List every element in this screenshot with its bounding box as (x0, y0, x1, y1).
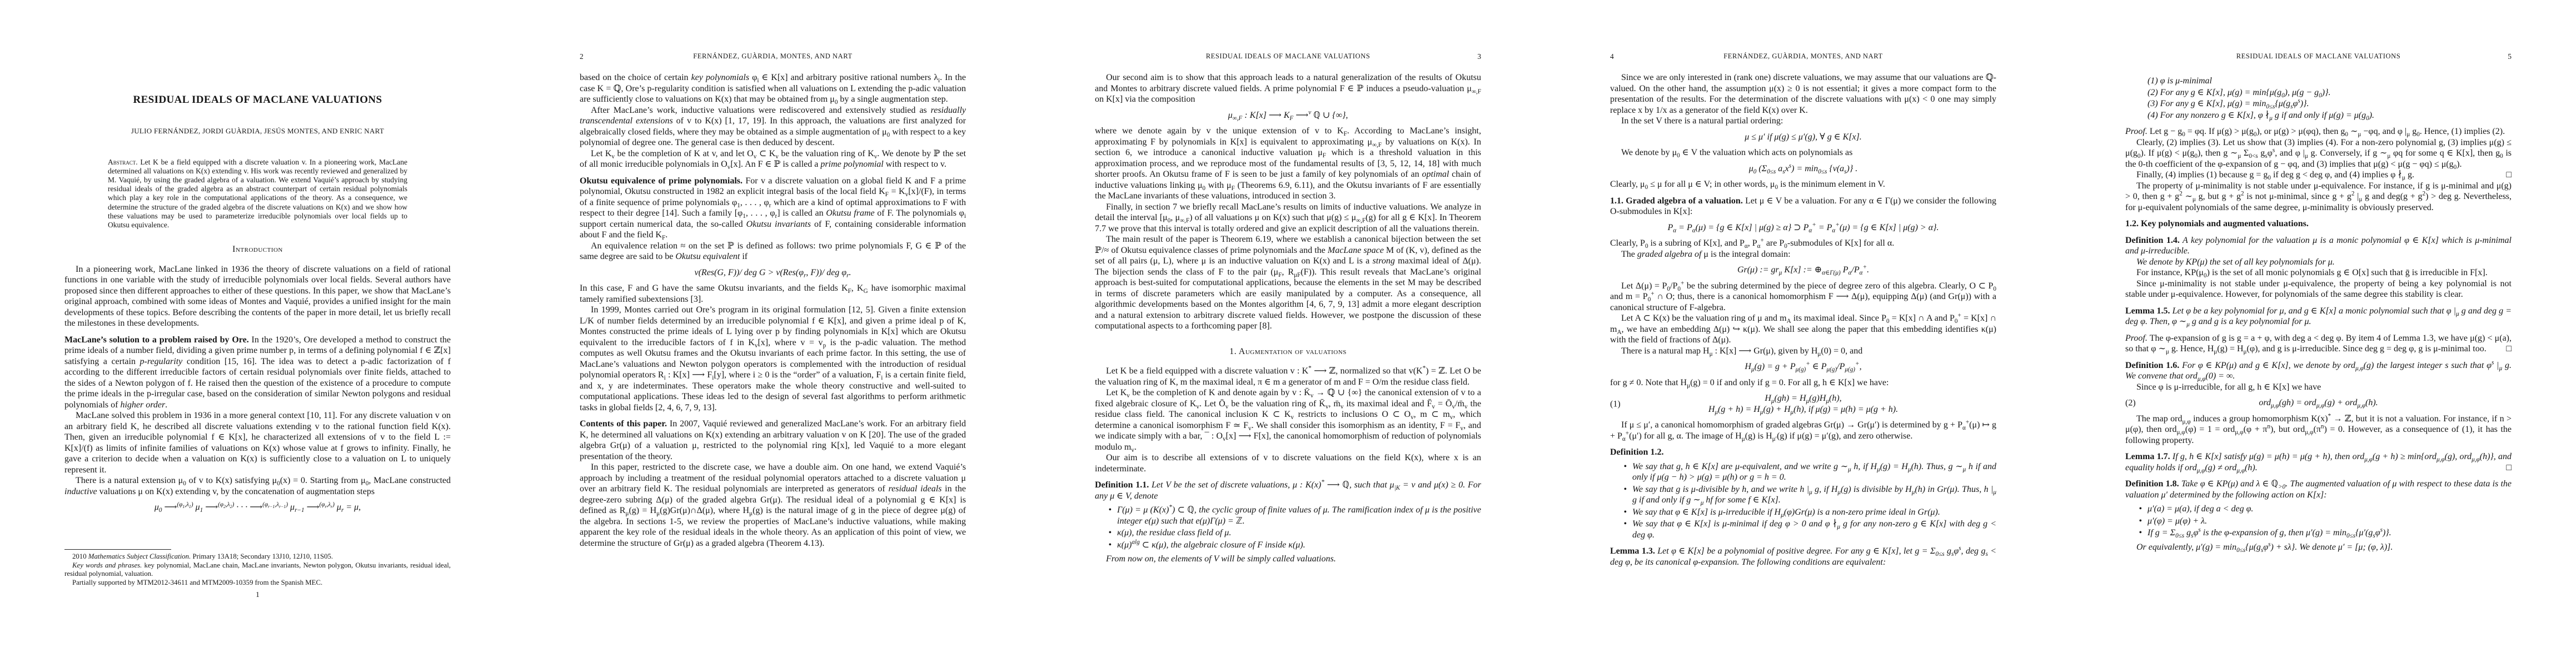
paragraph: Our aim is to describe all extensions of… (1095, 452, 1481, 474)
running-head-page-number-left: 4 (1610, 52, 1614, 61)
abstract-label: Abstract. (108, 158, 138, 166)
equation-line: μ0 ⟶(φ1,λ1) μ1 ⟶(φ2,λ2) · · · ⟶(φr−1,λr−… (64, 502, 451, 513)
bullet-item: •κ(μ)alg ⊂ κ(μ), the algebraic closure o… (1095, 540, 1481, 551)
bullet-item: •μ′(a) = μ(a), if deg a < deg φ. (2125, 504, 2512, 515)
paragraph: Since φ is μ-irreducible, for all g, h ∈… (2125, 382, 2512, 393)
paragraph: Proof. Let g − g0 = φq. If μ(g) > μ(g0),… (2125, 126, 2512, 137)
paragraph-lead: Okutsu equivalence of prime polynomials. (580, 176, 743, 186)
paragraph: where we denote again by v the unique ex… (1095, 126, 1481, 202)
bullet-marker: • (1610, 461, 1632, 483)
bullet-marker: • (1095, 527, 1117, 539)
bullet-text: μ′(a) = μ(a), if deg a < deg φ. (2148, 504, 2512, 515)
bullet-list: •Γ(μ) = μ (K(x)*) ⊂ ℚ, the cyclic group … (1095, 505, 1481, 550)
bullet-item: •We say that g, h ∈ K[x] are μ-equivalen… (1610, 461, 1996, 483)
page-2: 2FERNÁNDEZ, GUÀRDIA, MONTES, AND NARTbas… (515, 0, 1030, 667)
paragraph: If μ ≤ μ′, a canonical homomorphism of g… (1610, 420, 1996, 441)
paragraph: The graded algebra of μ is the integral … (1610, 249, 1996, 260)
qed-symbol: □ (2495, 170, 2512, 181)
paragraph: Since we are only interested in (rank on… (1610, 72, 1996, 116)
display-equation: v(Res(G, F))/ deg G > v(Res(φr, F))/ deg… (580, 267, 966, 278)
paragraph: Our second aim is to show that this appr… (1095, 72, 1481, 105)
display-equation: Gr(μ) := grμ K[x] := ⊕α∈Γ(μ) Pα/Pα+. (1610, 265, 1996, 276)
paragraph: MacLane’s solution to a problem raised b… (64, 335, 451, 411)
paragraph: There is a natural extension μ0 of v to … (64, 475, 451, 497)
running-head: RESIDUAL IDEALS OF MACLANE VALUATIONS3 (1095, 52, 1481, 62)
display-equation: μ ≤ μ′ if μ(g) ≤ μ′(g), ∀ g ∈ K[x]. (1610, 132, 1996, 143)
bullet-item: •We say that φ ∈ K[x] is μ-irreducible i… (1610, 507, 1996, 518)
bullet-item: •We say that g is μ-divisible by h, and … (1610, 484, 1996, 506)
paragraph-lead: 1.1. Graded algebra of a valuation. (1610, 196, 1743, 206)
equation-number: (1) (1610, 399, 1621, 410)
paragraph-lead: Proof. (2125, 333, 2148, 343)
section-heading: Introduction (64, 244, 451, 255)
paragraph: The map ordμ,φ induces a group homomorph… (2125, 414, 2512, 446)
paragraph-lead: Definition 1.1. (1095, 480, 1149, 490)
paragraph-lead: Contents of this paper. (580, 419, 667, 429)
running-head-page-number-right: 3 (1477, 52, 1481, 61)
paragraph-lead: MacLane’s solution to a problem raised b… (64, 335, 249, 345)
paragraph: In 1999, Montes carried out Ore’s progra… (580, 305, 966, 413)
paragraph: Okutsu equivalence of prime polynomials.… (580, 176, 966, 241)
paragraph: Definition 1.8. Take φ ∈ KP(μ) and λ ∈ ℚ… (2125, 479, 2512, 500)
bullet-marker: • (1095, 540, 1117, 551)
paragraph: Finally, (4) implies (1) because g = g0 … (2125, 170, 2512, 181)
paragraph: After MacLane’s work, inductive valuatio… (580, 105, 966, 148)
paragraph: 1.2. Key polynomials and augmented valua… (2125, 218, 2512, 230)
pdf-multipage-view: arXiv:1305.0775v3 [math.NT] 26 Jul 2013 … (0, 0, 2576, 667)
bullet-text: κ(μ)alg ⊂ κ(μ), the algebraic closure of… (1117, 540, 1481, 551)
paragraph: Or equivalently, μ′(g) = min0≤s{μ(gsφs) … (2125, 542, 2512, 553)
bullet-marker: • (2125, 504, 2148, 515)
equation-line: Hμ(g + h) = Hμ(g) + Hμ(h), if μ(g) = μ(h… (1610, 404, 1996, 415)
paragraph: For instance, KP(μ0) is the set of all m… (2125, 267, 2512, 278)
paragraph: Let Kv be the completion of K and denote… (1095, 387, 1481, 452)
bullet-marker: • (1610, 484, 1632, 506)
paragraph: Clearly, (2) implies (3). Let us show th… (2125, 137, 2512, 170)
paragraph: The main result of the paper is Theorem … (1095, 234, 1481, 332)
display-equation: μ∞,F : K[x] ⟶ KF ⟶v ℚ ∪ {∞}, (1095, 110, 1481, 121)
paragraph: Definition 1.1. Let V be the set of disc… (1095, 480, 1481, 501)
paper-title: RESIDUAL IDEALS OF MACLANE VALUATIONS (64, 93, 451, 107)
display-equation: μ0 ⟶(φ1,λ1) μ1 ⟶(φ2,λ2) · · · ⟶(φr−1,λr−… (64, 502, 451, 513)
paragraph: Let Δ(μ) = P0/P0+ be the subring determi… (1610, 281, 1996, 313)
running-head-title: RESIDUAL IDEALS OF MACLANE VALUATIONS (2236, 52, 2401, 60)
bullet-text: We say that g is μ-divisible by h, and w… (1632, 484, 1996, 506)
paragraph: Clearly, P0 is a subring of K[x], and Pα… (1610, 238, 1996, 249)
paragraph-lead: Definition 1.6. (2125, 361, 2179, 370)
bullet-item: •Γ(μ) = μ (K(x)*) ⊂ ℚ, the cyclic group … (1095, 505, 1481, 526)
numbered-list: (1) φ is μ-minimal(2) For any g ∈ K[x], … (2125, 76, 2512, 121)
abstract: Abstract. Let K be a field equipped with… (108, 158, 407, 230)
footnote-block: 2010 Mathematics Subject Classification.… (64, 549, 451, 587)
bullet-marker: • (2125, 516, 2148, 527)
paragraph: Definition 1.4. A key polynomial for the… (2125, 235, 2512, 257)
running-head-page-number-left: 2 (580, 52, 584, 61)
paragraph: Let K be a field equipped with a discret… (1095, 366, 1481, 387)
footnote-rule (64, 549, 171, 550)
paragraph: Since μ-minimality is not stable under μ… (2125, 278, 2512, 300)
bullet-item: •μ′(φ) = μ(φ) + λ. (2125, 516, 2512, 527)
display-equation: (1)Hμ(gh) = Hμ(g)Hμ(h),Hμ(g + h) = Hμ(g)… (1610, 393, 1996, 415)
bullet-marker: • (1610, 519, 1632, 540)
paragraph: Let Kv be the completion of K at v, and … (580, 148, 966, 170)
paragraph-lead: Proof. (2125, 127, 2148, 136)
paragraph: We denote by μ0 ∈ V the valuation which … (1610, 147, 1996, 158)
paragraph: Proof. The φ-expansion of g is g = a + φ… (2125, 333, 2512, 355)
paragraph-lead: Definition 1.4. (2125, 236, 2180, 245)
section-heading: 1. Augmentation of valuations (1095, 346, 1481, 357)
bullet-marker: • (2125, 527, 2148, 539)
equation-line: v(Res(G, F))/ deg G > v(Res(φr, F))/ deg… (580, 267, 966, 278)
equation-number: (2) (2125, 397, 2136, 409)
bullet-list: •μ′(a) = μ(a), if deg a < deg φ.•μ′(φ) =… (2125, 504, 2512, 539)
paper-authors: JULIO FERNÁNDEZ, JORDI GUÀRDIA, JESÚS MO… (64, 126, 451, 137)
paragraph-lead: Definition 1.8. (2125, 479, 2179, 489)
bullet-text: μ′(φ) = μ(φ) + λ. (2148, 516, 2512, 527)
paragraph: Let A ⊂ K(x) be the valuation ring of μ … (1610, 313, 1996, 346)
paragraph: Clearly, μ0 ≤ μ for all μ ∈ V; in other … (1610, 179, 1996, 190)
page-number: 1 (0, 589, 515, 600)
running-head: 2FERNÁNDEZ, GUÀRDIA, MONTES, AND NART (580, 52, 966, 62)
bullet-text: We say that φ ∈ K[x] is μ-minimal if deg… (1632, 519, 1996, 540)
running-head-title: FERNÁNDEZ, GUÀRDIA, MONTES, AND NART (693, 52, 852, 60)
bullet-text: If g = Σ0≤s gsφs is the φ-expansion of g… (2148, 527, 2512, 539)
display-equation: Hμ(g) = g + Pμ(g)+ ∈ Pμ(g)/Pμ(g)+, (1610, 361, 1996, 372)
running-head-title: RESIDUAL IDEALS OF MACLANE VALUATIONS (1206, 52, 1371, 60)
paragraph: MacLane solved this problem in 1936 in a… (64, 410, 451, 475)
bullet-text: We say that g, h ∈ K[x] are μ-equivalent… (1632, 461, 1996, 483)
display-equation: (2)ordμ,φ(gh) = ordμ,φ(g) + ordμ,φ(h). (2125, 397, 2512, 409)
paragraph-lead: Lemma 1.3. (1610, 546, 1655, 556)
equation-line: μ ≤ μ′ if μ(g) ≤ μ′(g), ∀ g ∈ K[x]. (1610, 132, 1996, 143)
numbered-item: (1) φ is μ-minimal (2148, 76, 2512, 87)
bullet-text: κ(μ), the residue class field of μ. (1117, 527, 1481, 539)
paragraph: From now on, the elements of V will be s… (1095, 554, 1481, 565)
equation-line: μ∞,F : K[x] ⟶ KF ⟶v ℚ ∪ {∞}, (1095, 110, 1481, 121)
running-head: 4FERNÁNDEZ, GUÀRDIA, MONTES, AND NART (1610, 52, 1996, 62)
numbered-item: (4) For any nonzero g ∈ K[x], φ ∤μ g if … (2148, 110, 2512, 121)
paragraph-lead: 1.2. Key polynomials and augmented valua… (2125, 219, 2309, 228)
paragraph: for g ≠ 0. Note that Hμ(g) = 0 if and on… (1610, 377, 1996, 389)
paragraph-lead: Lemma 1.7. (2125, 452, 2170, 461)
qed-symbol: □ (2506, 344, 2512, 355)
bullet-item: •If g = Σ0≤s gsφs is the φ-expansion of … (2125, 527, 2512, 539)
paragraph: In a pioneering work, MacLane linked in … (64, 264, 451, 329)
paragraph: In this paper, restricted to the discret… (580, 462, 966, 549)
bullet-text: We say that φ ∈ K[x] is μ-irreducible if… (1632, 507, 1996, 518)
page-4: 4FERNÁNDEZ, GUÀRDIA, MONTES, AND NARTSin… (1546, 0, 2061, 667)
paragraph: Lemma 1.5. Let φ be a key polynomial for… (2125, 306, 2512, 327)
display-equation: Pα = Pα(μ) = {g ∈ K[x] | μ(g) ≥ α} ⊃ Pα+… (1610, 222, 1996, 233)
bullet-text: Γ(μ) = μ (K(x)*) ⊂ ℚ, the cyclic group o… (1117, 505, 1481, 526)
running-head-title: FERNÁNDEZ, GUÀRDIA, MONTES, AND NART (1723, 52, 1882, 60)
running-head-page-number-right: 5 (2508, 52, 2512, 61)
paragraph: Definition 1.6. For φ ∈ KP(μ) and g ∈ K[… (2125, 360, 2512, 382)
paragraph: Lemma 1.7. If g, h ∈ K[x] satisfy μ(g) =… (2125, 451, 2512, 473)
bullet-list: •We say that g, h ∈ K[x] are μ-equivalen… (1610, 461, 1996, 541)
footnote-line: Partially supported by MTM2012-34611 and… (64, 579, 451, 588)
equation-line: ordμ,φ(gh) = ordμ,φ(g) + ordμ,φ(h). (2125, 397, 2512, 409)
paragraph: The property of μ-minimality is not stab… (2125, 181, 2512, 213)
equation-line: Hμ(gh) = Hμ(g)Hμ(h), (1610, 393, 1996, 404)
bullet-marker: • (1095, 505, 1117, 526)
bullet-marker: • (1610, 507, 1632, 518)
display-equation: μ0 (Σ0≤s asxs) = min0≤s {v(as)} . (1610, 163, 1996, 175)
equation-line: Gr(μ) := grμ K[x] := ⊕α∈Γ(μ) Pα/Pα+. (1610, 265, 1996, 276)
paragraph: In this case, F and G have the same Okut… (580, 283, 966, 305)
paragraph-lead: Lemma 1.5. (2125, 306, 2170, 316)
paragraph: Lemma 1.3. Let φ ∈ K[x] be a polynomial … (1610, 546, 1996, 568)
numbered-item: (2) For any g ∈ K[x], μ(g) = min{μ(g0), … (2148, 87, 2512, 98)
bullet-item: •κ(μ), the residue class field of μ. (1095, 527, 1481, 539)
paragraph: There is a natural map Hμ : K[x] ⟶ Gr(μ)… (1610, 346, 1996, 357)
equation-line: μ0 (Σ0≤s asxs) = min0≤s {v(as)} . (1610, 163, 1996, 175)
paragraph-lead: Definition 1.2. (1610, 447, 1663, 457)
paragraph: Contents of this paper. In 2007, Vaquié … (580, 419, 966, 462)
footnote-line: 2010 Mathematics Subject Classification.… (64, 552, 451, 561)
page-3: RESIDUAL IDEALS OF MACLANE VALUATIONS3Ou… (1030, 0, 1546, 667)
page-1: RESIDUAL IDEALS OF MACLANE VALUATIONSJUL… (0, 0, 515, 667)
paragraph: 1.1. Graded algebra of a valuation. Let … (1610, 196, 1996, 217)
qed-symbol: □ (2506, 462, 2512, 474)
equation-line: Hμ(g) = g + Pμ(g)+ ∈ Pμ(g)/Pμ(g)+, (1610, 361, 1996, 372)
paragraph: In the set V there is a natural partial … (1610, 116, 1996, 127)
page-5: RESIDUAL IDEALS OF MACLANE VALUATIONS5(1… (2061, 0, 2576, 667)
paragraph: We denote by KP(μ) the set of all key po… (2125, 257, 2512, 268)
footnote-line: Key words and phrases. key polynomial, M… (64, 561, 451, 579)
running-head: RESIDUAL IDEALS OF MACLANE VALUATIONS5 (2125, 52, 2512, 62)
numbered-item: (3) For any g ∈ K[x], μ(g) = min0≤s{μ(gs… (2148, 98, 2512, 109)
paragraph: Finally, in section 7 we briefly recall … (1095, 202, 1481, 235)
bullet-item: •We say that φ ∈ K[x] is μ-minimal if de… (1610, 519, 1996, 540)
paragraph: based on the choice of certain key polyn… (580, 72, 966, 105)
paragraph: Definition 1.2. (1610, 447, 1996, 458)
paragraph: An equivalence relation ≈ on the set ℙ i… (580, 241, 966, 262)
equation-line: Pα = Pα(μ) = {g ∈ K[x] | μ(g) ≥ α} ⊃ Pα+… (1610, 222, 1996, 233)
